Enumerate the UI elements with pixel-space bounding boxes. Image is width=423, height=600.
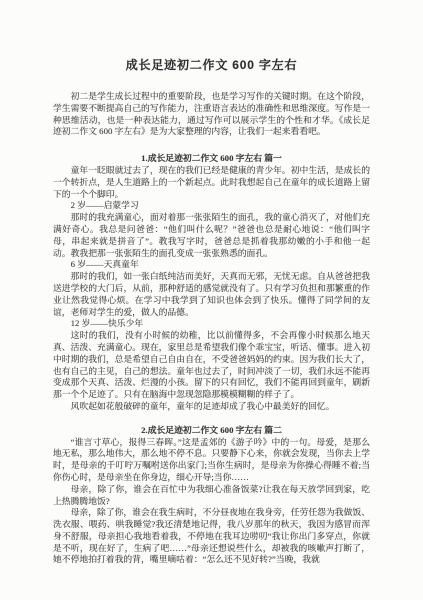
section-1-heading: 1.成长足迹初二作文 600 字左右 篇一 — [53, 153, 370, 165]
paragraph: 母亲，除了你，谁会在我生病时，不分昼夜地在我身旁，任劳任怨为我做饭、洗衣服、喂药… — [53, 507, 370, 566]
milestone-line-age-2: 2 岁——启蒙学习 — [53, 200, 370, 212]
intro-paragraph: 初二是学生成长过程中的重要阶段，也是学习写作的关键时期。在这个阶段，学生需要不断… — [53, 91, 370, 138]
page-title: 成长足迹初二作文 600 字左右 — [0, 0, 423, 73]
paragraph: “谁言寸草心，报得三春晖。”这是孟郊的《游子吟》中的一句。母爱，是那么地无私，那… — [53, 437, 370, 484]
milestone-line-age-12: 12 岁——快乐少年 — [53, 318, 370, 330]
section-2-heading: 2.成长足迹初二作文 600 字左右 篇二 — [53, 425, 370, 437]
paragraph: 这时的我们，没有小时候的幼稚，比以前懂得多，不会再像小时候那么地天真、活泼、充满… — [53, 330, 370, 401]
paragraph: 那时的我充满童心，面对着那一张张陌生的面孔，我的童心消灭了，对他们充满好奇心。我… — [53, 212, 370, 259]
paragraph: 风吹起如花般破碎的童年，童年的足迹却成了我心中最美好的回忆。 — [53, 401, 370, 413]
document-page: 成长足迹初二作文 600 字左右 初二是学生成长过程中的重要阶段，也是学习写作的… — [0, 0, 423, 600]
milestone-line-age-6: 6 岁——天真童年 — [53, 259, 370, 271]
paragraph: 母亲，除了你，谁会在百忙中为我细心准备饭菜?让我在每天放学回到家，吃上热腾腾地饭… — [53, 484, 370, 508]
paragraph: 那时的我们，如一张白纸纯洁而美好，天真而无邪，无忧无虑。自从爸爸把我送进学校的大… — [53, 271, 370, 318]
paragraph: 童年一眨眼就过去了，现在的我们已经是健康的青少年。初中生活，是成长的一个转折点，… — [53, 165, 370, 200]
document-body: 初二是学生成长过程中的重要阶段，也是学习写作的关键时期。在这个阶段，学生需要不断… — [53, 91, 370, 566]
